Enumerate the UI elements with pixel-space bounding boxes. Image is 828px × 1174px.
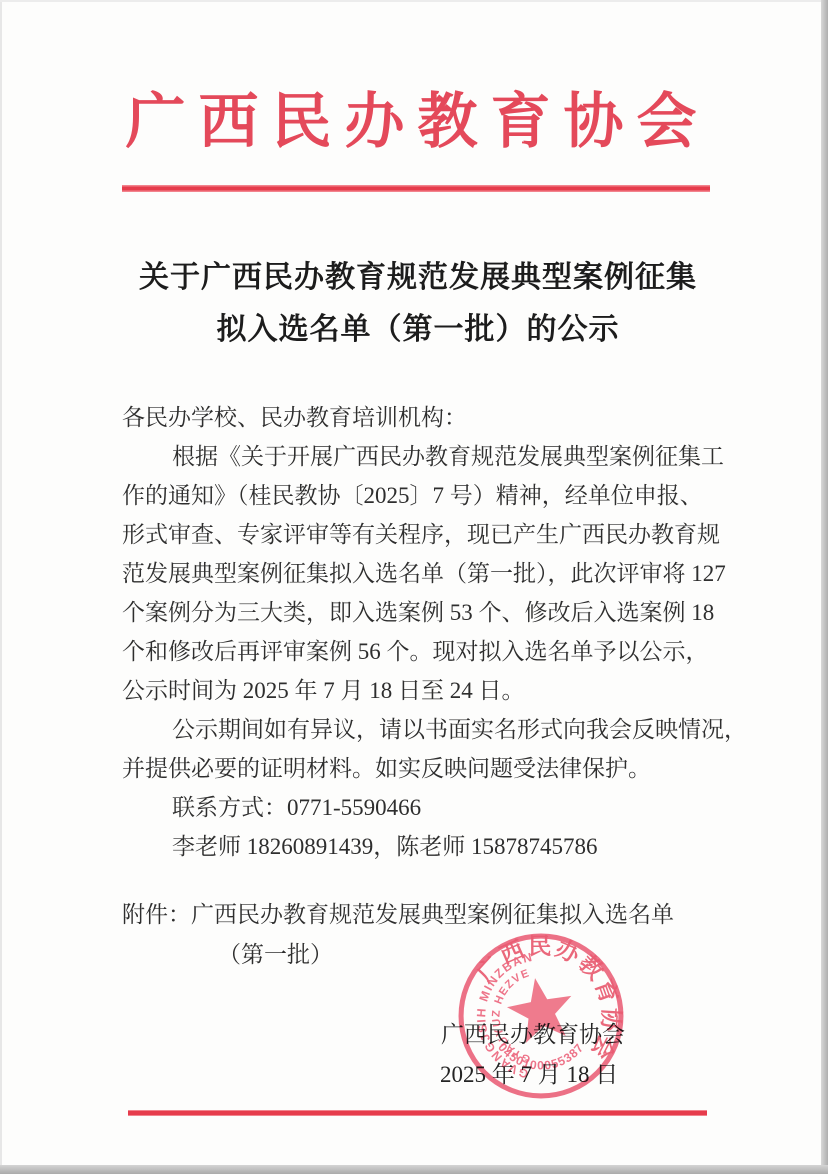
scanned-document-page: 广西民办教育协会 关于广西民办教育规范发展典型案例征集 拟入选名单（第一批）的公… <box>0 0 828 1174</box>
body-line: 形式审查、专家评审等有关程序，现已产生广西民办教育规 <box>122 515 722 554</box>
body-line: 范发展典型案例征集拟入选名单（第一批），此次评审将 127 <box>122 554 722 593</box>
letterhead-org-name: 广西民办教育协会 <box>61 74 761 160</box>
footer-divider-line <box>128 1110 707 1116</box>
attachment-note: 附件：广西民办教育规范发展典型案例征集拟入选名单 （第一批） <box>122 895 722 975</box>
body-line-contact-phone: 联系方式：0771-5590466 <box>122 788 722 827</box>
page-edge-bottom <box>0 1165 828 1174</box>
document-title-line1: 关于广西民办教育规范发展典型案例征集 <box>122 252 714 304</box>
body-line: 根据《关于开展广西民办教育规范发展典型案例征集工 <box>122 437 722 476</box>
body-line: 并提供必要的证明材料。如实反映问题受法律保护。 <box>122 749 722 788</box>
body-line: 个案例分为三大类，即入选案例 53 个、修改后入选案例 18 <box>122 593 722 632</box>
page-edge-right <box>821 0 828 1174</box>
document-title-line2: 拟入选名单（第一批）的公示 <box>122 304 714 356</box>
body-line: 公示时间为 2025 年 7 月 18 日至 24 日。 <box>122 671 722 710</box>
body-line: 公示期间如有异议，请以书面实名形式向我会反映情况， <box>122 710 722 749</box>
document-body: 各民办学校、民办教育培训机构： 根据《关于开展广西民办教育规范发展典型案例征集工… <box>122 398 722 866</box>
attachment-line1: 附件：广西民办教育规范发展典型案例征集拟入选名单 <box>122 895 722 935</box>
official-seal-stamp-icon: 广西民办教育协会 GVANGJSIH MINZBAN GYAUYUZ HEZVE… <box>456 931 626 1101</box>
page-edge-top <box>0 0 828 2</box>
body-line-contact-mobile: 李老师 18260891439，陈老师 15878745786 <box>122 827 722 866</box>
body-line: 作的通知》（桂民教协〔2025〕7 号）精神，经单位申报、 <box>122 476 722 515</box>
document-title: 关于广西民办教育规范发展典型案例征集 拟入选名单（第一批）的公示 <box>122 252 714 356</box>
page-edge-left <box>0 0 2 1174</box>
body-line: 个和修改后再评审案例 56 个。现对拟入选名单予以公示， <box>122 632 722 671</box>
letterhead-divider-line <box>122 185 710 192</box>
body-line-salutation: 各民办学校、民办教育培训机构： <box>122 398 722 437</box>
